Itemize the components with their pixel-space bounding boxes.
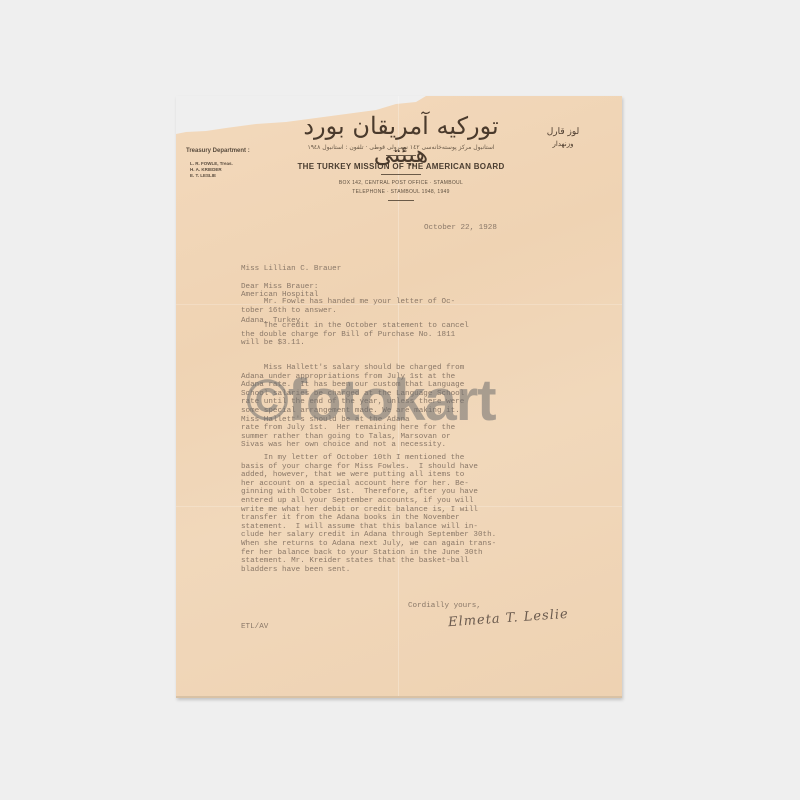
right-ottoman-line-2: وزنهدار xyxy=(528,138,598,150)
ottoman-letterhead-title: توركيه آمريقان بورد هيئتى xyxy=(286,112,516,168)
mission-name: THE TURKEY MISSION OF THE AMERICAN BOARD xyxy=(276,162,526,171)
mission-telephone: TELEPHONE · STAMBOUL 1948, 1949 xyxy=(276,189,526,195)
watermark: ©fotokart xyxy=(246,372,496,430)
letter-paragraph: Mr. Fowle has handed me your letter of O… xyxy=(241,298,455,315)
ottoman-letterhead-subtitle: استانبول مركز پوسته‌خانه‌سى ١٤٢ نومرولى … xyxy=(286,144,516,151)
letterhead-rule-top xyxy=(386,155,416,156)
letter-date: October 22, 1928 xyxy=(424,224,497,233)
letter-paragraph: In my letter of October 10th I mentioned… xyxy=(241,454,496,574)
letterhead-rule-middle xyxy=(381,174,421,175)
department-title: Treasury Department : xyxy=(186,148,250,154)
mission-address: BOX 142, CENTRAL POST OFFICE · STAMBOUL xyxy=(276,180,526,186)
letterhead-rule-bottom xyxy=(388,200,414,201)
recipient-line: Miss Lillian C. Brauer xyxy=(241,265,341,274)
reference-initials: ETL/AV xyxy=(241,623,268,632)
salutation: Dear Miss Brauer: xyxy=(241,283,318,292)
department-staff: L. R. FOWLE, Treas. H. A. KRIEDER E. T. … xyxy=(190,161,233,179)
letter-paragraph: The credit in the October statement to c… xyxy=(241,322,469,348)
right-ottoman-line-1: لوز قارل xyxy=(528,126,598,138)
right-ottoman-heading: لوز قارل وزنهدار xyxy=(528,126,598,150)
closing: Cordially yours, xyxy=(408,602,481,611)
staff-member: E. T. LESLIE xyxy=(190,173,233,179)
